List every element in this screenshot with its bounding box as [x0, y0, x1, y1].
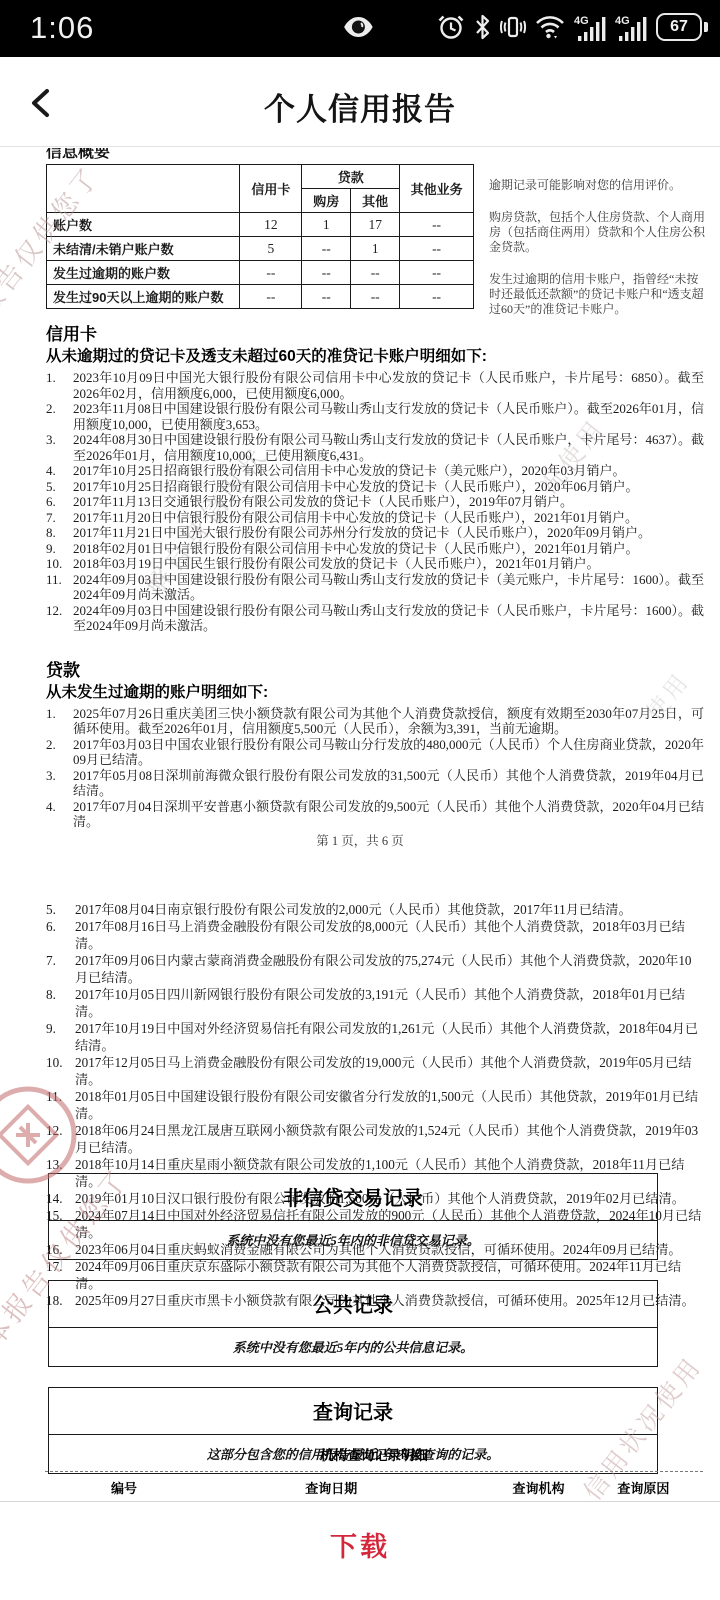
- app-header: 个人信用报告: [0, 57, 720, 147]
- list-item: 1. 2025年07月26日重庆美团三快小额贷款有限公司为其他个人消费贷款授信，…: [46, 706, 704, 737]
- item-number: 7.: [46, 510, 73, 526]
- summary-note: 逾期记录可能影响对您的信用评价。: [489, 178, 705, 193]
- item-number: 5.: [46, 901, 75, 918]
- item-number: 2.: [46, 737, 73, 768]
- summary-col-credit-card: 信用卡: [240, 165, 302, 213]
- inquiry-title: 机构查询记录明细: [45, 1444, 703, 1464]
- item-number: 1.: [46, 370, 73, 401]
- summary-row-label: 未结清/未销户账户数: [47, 237, 240, 261]
- summary-heading: 信息概要: [46, 148, 110, 162]
- summary-row-label: 发生过逾期的账户数: [47, 261, 240, 285]
- item-number: 2.: [46, 401, 73, 432]
- inquiry-header-row: 编号查询日期查询机构查询原因: [45, 1472, 703, 1501]
- summary-cell: --: [400, 237, 474, 261]
- list-item: 7. 2017年09月06日内蒙古蒙商消费金融股份有限公司发放的75,274元（…: [46, 952, 704, 986]
- item-text: 2018年02月01日中信银行股份有限公司信用卡中心发放的贷记卡（人民币账户），…: [73, 541, 704, 557]
- list-item: 2. 2023年11月08日中国建设银行股份有限公司马鞍山秀山支行发放的贷记卡（…: [46, 401, 704, 432]
- list-item: 4. 2017年10月25日招商银行股份有限公司信用卡中心发放的贷记卡（美元账户…: [46, 463, 704, 479]
- item-number: 8.: [46, 525, 73, 541]
- summary-note: 购房贷款，包括个人住房贷款、个人商用房（包括商住两用）贷款和个人住房公积金贷款。: [489, 210, 705, 255]
- battery-percent: 67: [656, 13, 702, 41]
- summary-table-row: 账户数 12 1 17 --: [47, 213, 474, 237]
- summary-col-loan-other: 其他: [351, 189, 400, 213]
- item-text: 2017年08月04日南京银行股份有限公司发放的2,000元（人民币）其他贷款，…: [75, 901, 704, 918]
- item-text: 2017年10月25日招商银行股份有限公司信用卡中心发放的贷记卡（人民币账户），…: [73, 479, 704, 495]
- item-number: 5.: [46, 479, 73, 495]
- list-item: 8. 2017年11月21日中国光大银行股份有限公司苏州分行发放的贷记卡（人民币…: [46, 525, 704, 541]
- item-number: 8.: [46, 986, 75, 1020]
- inquiry-header-cell: 查询日期: [203, 1478, 460, 1497]
- summary-row-label: 发生过90天以上逾期的账户数: [47, 285, 240, 309]
- list-item: 3. 2017年05月08日深圳前海微众银行股份有限公司发放的31,500元（人…: [46, 768, 704, 799]
- list-item: 1. 2023年10月09日中国光大银行股份有限公司信用卡中心发放的贷记卡（人民…: [46, 370, 704, 401]
- summary-note: 发生过逾期的信用卡账户，指曾经“未按时还最低还款额”的贷记卡账户和“透支超过60…: [489, 272, 705, 317]
- vibrate-icon: [500, 13, 526, 41]
- item-number: 4.: [46, 799, 73, 830]
- credit-card-section-subtitle: 从未逾期过的贷记卡及透支未超过60天的准贷记卡账户明细如下:: [46, 346, 704, 367]
- item-number: 6.: [46, 918, 75, 952]
- download-button[interactable]: 下载: [0, 1525, 720, 1564]
- page-title: 个人信用报告: [0, 84, 720, 129]
- item-number: 11.: [46, 572, 73, 603]
- item-number: 12.: [46, 1122, 75, 1156]
- summary-cell: 17: [351, 213, 400, 237]
- item-text: 2017年11月20日中信银行股份有限公司信用卡中心发放的贷记卡（人民币账户），…: [73, 510, 704, 526]
- list-item: 9. 2017年10月19日中国对外经济贸易信托有限公司发放的1,261元（人民…: [46, 1020, 704, 1054]
- signal-4g-icon-1: 4G: [574, 13, 606, 41]
- summary-cell: --: [400, 285, 474, 309]
- credit-card-list: 1. 2023年10月09日中国光大银行股份有限公司信用卡中心发放的贷记卡（人民…: [46, 370, 704, 634]
- list-item: 7. 2017年11月20日中信银行股份有限公司信用卡中心发放的贷记卡（人民币账…: [46, 510, 704, 526]
- item-text: 2017年10月25日招商银行股份有限公司信用卡中心发放的贷记卡（美元账户），2…: [73, 463, 704, 479]
- summary-cell: --: [240, 261, 302, 285]
- list-item: 4. 2017年07月04日深圳平安普惠小额贷款有限公司发放的9,500元（人民…: [46, 799, 704, 830]
- item-text: 2025年07月26日重庆美团三快小额贷款有限公司为其他个人消费贷款授信，额度有…: [73, 706, 704, 737]
- eye-comfort-icon: [342, 15, 374, 39]
- list-item: 11. 2024年09月03日中国建设银行股份有限公司马鞍山秀山支行发放的贷记卡…: [46, 572, 704, 603]
- summary-cell: 5: [240, 237, 302, 261]
- item-text: 2017年10月19日中国对外经济贸易信托有限公司发放的1,261元（人民币）其…: [75, 1020, 704, 1054]
- list-item: 10. 2017年12月05日马上消费金融股份有限公司发放的19,000元（人民…: [46, 1054, 704, 1088]
- summary-row-label: 账户数: [47, 213, 240, 237]
- record-box-body: 系统中没有您最近5年内的公共信息记录。: [49, 1328, 657, 1366]
- summary-table-row: 发生过90天以上逾期的账户数 -- -- -- --: [47, 285, 474, 309]
- item-number: 3.: [46, 432, 73, 463]
- credit-report-document[interactable]: 信息概要 信用卡 贷款 其他业务 购房 其他 账户数 12 1 17: [0, 148, 720, 1502]
- list-item: 8. 2017年10月05日四川新网银行股份有限公司发放的3,191元（人民币）…: [46, 986, 704, 1020]
- list-item: 6. 2017年11月13日交通银行股份有限公司发放的贷记卡（人民币账户），20…: [46, 494, 704, 510]
- item-text: 2018年06月24日黑龙江晟唐互联网小额贷款有限公司发放的1,524元（人民币…: [75, 1122, 704, 1156]
- item-text: 2017年10月05日四川新网银行股份有限公司发放的3,191元（人民币）其他个…: [75, 986, 704, 1020]
- item-text: 2017年07月04日深圳平安普惠小额贷款有限公司发放的9,500元（人民币）其…: [73, 799, 704, 830]
- status-bar: 1:06: [0, 0, 720, 57]
- item-text: 2024年08月30日中国建设银行股份有限公司马鞍山秀山支行发放的贷记卡（人民币…: [73, 432, 704, 463]
- list-item: 12. 2024年09月03日中国建设银行股份有限公司马鞍山秀山支行发放的贷记卡…: [46, 603, 704, 634]
- item-number: 4.: [46, 463, 73, 479]
- clock-time: 1:06: [30, 10, 94, 46]
- item-number: 7.: [46, 952, 75, 986]
- item-text: 2024年09月03日中国建设银行股份有限公司马鞍山秀山支行发放的贷记卡（美元账…: [73, 572, 704, 603]
- summary-col-loan: 贷款: [302, 165, 400, 189]
- credit-card-section-title: 信用卡: [46, 324, 704, 346]
- item-number: 12.: [46, 603, 73, 634]
- item-text: 2018年03月19日中国民生银行股份有限公司发放的贷记卡（人民币账户），202…: [73, 556, 704, 572]
- summary-col-other-biz: 其他业务: [400, 165, 474, 213]
- item-text: 2017年12月05日马上消费金融股份有限公司发放的19,000元（人民币）其他…: [75, 1054, 704, 1088]
- summary-cell: 1: [351, 237, 400, 261]
- item-number: 11.: [46, 1088, 75, 1122]
- record-box-title: 公共记录: [49, 1281, 657, 1328]
- item-text: 2023年11月08日中国建设银行股份有限公司马鞍山秀山支行发放的贷记卡（人民币…: [73, 401, 704, 432]
- list-item: 2. 2017年03月03日中国农业银行股份有限公司马鞍山分行发放的480,00…: [46, 737, 704, 768]
- item-text: 2017年05月08日深圳前海微众银行股份有限公司发放的31,500元（人民币）…: [73, 768, 704, 799]
- inquiry-header-cell: 编号: [45, 1478, 203, 1497]
- summary-cell: --: [302, 261, 351, 285]
- summary-table: 信用卡 贷款 其他业务 购房 其他 账户数 12 1 17 --: [46, 164, 474, 309]
- record-box: 公共记录 系统中没有您最近5年内的公共信息记录。: [48, 1280, 658, 1367]
- svg-text:4G: 4G: [615, 15, 630, 27]
- list-item: 3. 2024年08月30日中国建设银行股份有限公司马鞍山秀山支行发放的贷记卡（…: [46, 432, 704, 463]
- summary-cell: --: [240, 285, 302, 309]
- summary-cell: 1: [302, 213, 351, 237]
- list-item: 12. 2018年06月24日黑龙江晟唐互联网小额贷款有限公司发放的1,524元…: [46, 1122, 704, 1156]
- signal-4g-icon-2: 4G: [615, 13, 647, 41]
- svg-text:4G: 4G: [574, 15, 589, 27]
- inquiry-header-cell: 查询机构: [460, 1478, 618, 1497]
- item-text: 2017年11月21日中国光大银行股份有限公司苏州分行发放的贷记卡（人民币账户）…: [73, 525, 704, 541]
- summary-corner-cell: [47, 165, 240, 213]
- item-number: 1.: [46, 706, 73, 737]
- item-number: 3.: [46, 768, 73, 799]
- summary-table-row: 发生过逾期的账户数 -- -- -- --: [47, 261, 474, 285]
- summary-cell: --: [351, 261, 400, 285]
- list-item: 5. 2017年08月04日南京银行股份有限公司发放的2,000元（人民币）其他…: [46, 901, 704, 918]
- list-item: 5. 2017年10月25日招商银行股份有限公司信用卡中心发放的贷记卡（人民币账…: [46, 479, 704, 495]
- summary-cell: --: [351, 285, 400, 309]
- record-box-title: 非信贷交易记录: [49, 1174, 657, 1221]
- list-item: 11. 2018年01月05日中国建设银行股份有限公司安徽省分行发放的1,500…: [46, 1088, 704, 1122]
- inquiry-header-cell: 查询原因: [617, 1478, 669, 1497]
- summary-col-loan-purchase: 购房: [302, 189, 351, 213]
- item-text: 2018年01月05日中国建设银行股份有限公司安徽省分行发放的1,500元（人民…: [75, 1088, 704, 1122]
- item-text: 2024年09月03日中国建设银行股份有限公司马鞍山秀山支行发放的贷记卡（人民币…: [73, 603, 704, 634]
- summary-table-row: 未结清/未销户账户数 5 -- 1 --: [47, 237, 474, 261]
- item-text: 2017年08月16日马上消费金融股份有限公司发放的8,000元（人民币）其他个…: [75, 918, 704, 952]
- bottom-bar: 下载: [0, 1503, 720, 1600]
- item-text: 2017年03月03日中国农业银行股份有限公司马鞍山分行发放的480,000元（…: [73, 737, 704, 768]
- item-number: 9.: [46, 1020, 75, 1054]
- summary-cell: --: [302, 237, 351, 261]
- wifi-icon: [535, 14, 565, 40]
- list-item: 10. 2018年03月19日中国民生银行股份有限公司发放的贷记卡（人民币账户）…: [46, 556, 704, 572]
- summary-cell: 12: [240, 213, 302, 237]
- list-item: 9. 2018年02月01日中信银行股份有限公司信用卡中心发放的贷记卡（人民币账…: [46, 541, 704, 557]
- loan-list: 1. 2025年07月26日重庆美团三快小额贷款有限公司为其他个人消费贷款授信，…: [46, 706, 704, 830]
- item-number: 10.: [46, 556, 73, 572]
- loan-section-title: 贷款: [46, 660, 704, 682]
- summary-cell: --: [400, 261, 474, 285]
- summary-table-body: 账户数 12 1 17 -- 未结清/未销户账户数 5 -- 1 -- 发生过逾…: [47, 213, 474, 309]
- record-box: 非信贷交易记录 系统中没有您最近5年内的非信贷交易记录。: [48, 1173, 658, 1260]
- record-box-title: 查询记录: [49, 1388, 657, 1435]
- inquiry-data-row: 1 2026年02月07日 重庆美团三快小额贷款有限公司 贷后管理: [45, 1501, 703, 1502]
- battery-icon: 67: [656, 13, 708, 41]
- inquiry-section: 机构查询记录明细 编号查询日期查询机构查询原因 1 2026年02月07日 重庆…: [45, 1444, 703, 1502]
- record-box-body: 系统中没有您最近5年内的非信贷交易记录。: [49, 1221, 657, 1259]
- page-number: 第 1 页，共 6 页: [0, 831, 720, 849]
- item-text: 2023年10月09日中国光大银行股份有限公司信用卡中心发放的贷记卡（人民币账户…: [73, 370, 704, 401]
- item-text: 2017年11月13日交通银行股份有限公司发放的贷记卡（人民币账户），2019年…: [73, 494, 704, 510]
- summary-cell: --: [302, 285, 351, 309]
- bluetooth-icon: [474, 13, 491, 41]
- alarm-icon: [437, 13, 465, 41]
- loan-section-subtitle: 从未发生过逾期的账户明细如下:: [46, 682, 704, 703]
- credit-card-section: 信用卡 从未逾期过的贷记卡及透支未超过60天的准贷记卡账户明细如下: 1. 20…: [46, 324, 704, 634]
- battery-nub: [704, 22, 708, 32]
- item-number: 10.: [46, 1054, 75, 1088]
- summary-notes: 逾期记录可能影响对您的信用评价。购房贷款，包括个人住房贷款、个人商用房（包括商住…: [489, 178, 705, 334]
- item-number: 6.: [46, 494, 73, 510]
- summary-cell: --: [400, 213, 474, 237]
- item-text: 2017年09月06日内蒙古蒙商消费金融股份有限公司发放的75,274元（人民币…: [75, 952, 704, 986]
- item-number: 9.: [46, 541, 73, 557]
- list-item: 6. 2017年08月16日马上消费金融股份有限公司发放的8,000元（人民币）…: [46, 918, 704, 952]
- loan-section: 贷款 从未发生过逾期的账户明细如下: 1. 2025年07月26日重庆美团三快小…: [46, 660, 704, 830]
